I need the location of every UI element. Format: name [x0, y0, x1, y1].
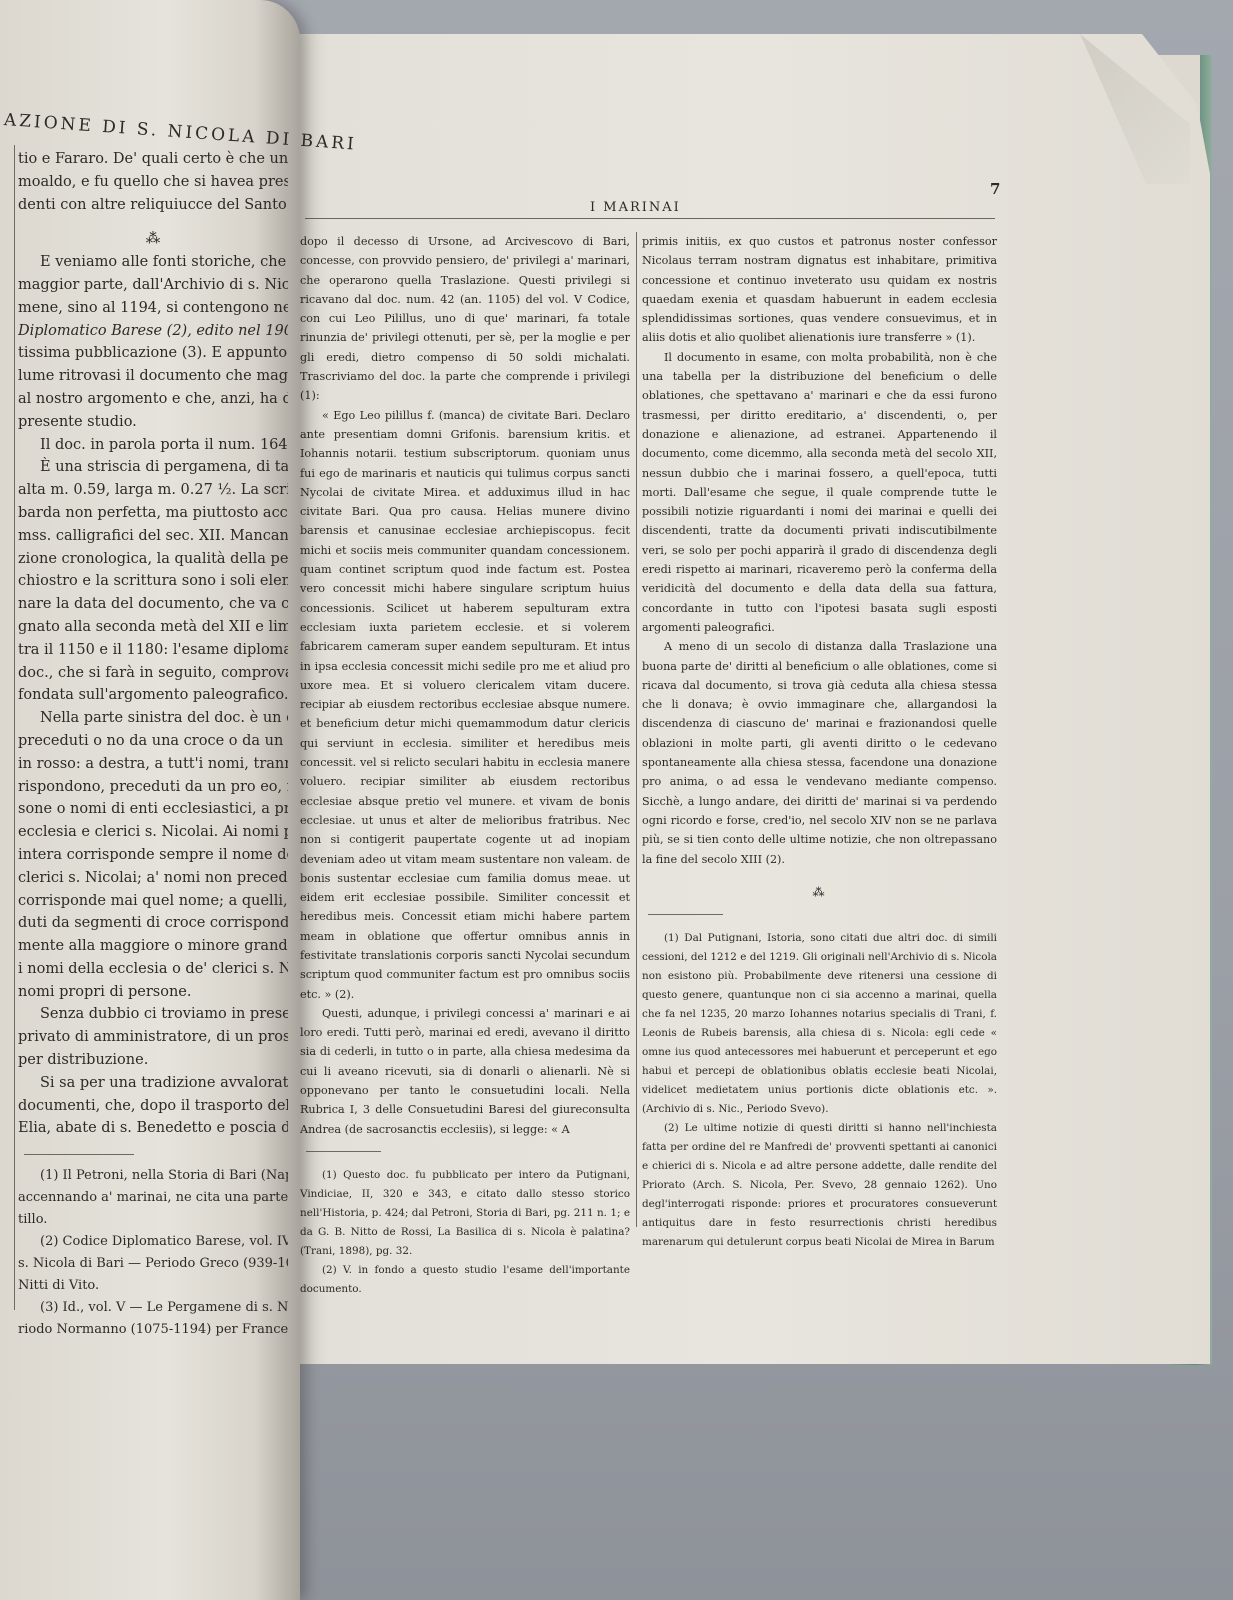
right-running-head: I MARINAI — [590, 200, 681, 215]
left-page-rule — [14, 145, 15, 1310]
paragraph: A meno di un secolo di distanza dalla Tr… — [642, 637, 997, 869]
text-line: alta m. 0.59, larga m. 0.27 ½. La scritt… — [18, 479, 288, 502]
text-line: maggior parte, dall'Archivio di s. Nicol… — [18, 274, 288, 297]
text-line: tio e Fararo. De' quali certo è che uno — [18, 148, 288, 171]
footnote-line: Nitti di Vito. — [18, 1275, 288, 1297]
footnotes: (1) Questo doc. fu pubblicato per intero… — [300, 1151, 630, 1299]
text-line: clerici s. Nicolai; a' nomi non precedut… — [18, 867, 288, 890]
asterism: ⁂ — [642, 883, 997, 902]
footnote-rule — [24, 1154, 134, 1155]
text-line: mss. calligrafici del sec. XII. Mancando… — [18, 525, 288, 548]
column-divider — [636, 232, 637, 1227]
text-line: denti con altre reliquiucce del Santo et… — [18, 194, 288, 217]
text-line: Il doc. in parola porta il num. 164, a — [18, 434, 288, 457]
text-line: zione cronologica, la qualità della perg… — [18, 548, 288, 571]
text-line: Nella parte sinistra del doc. è un elenc… — [18, 707, 288, 730]
left-page-column: tio e Fararo. De' quali certo è che uno … — [18, 148, 288, 1341]
footnote-line: tillo. — [18, 1209, 288, 1231]
text-line: rispondono, preceduti da un pro eo, nomi… — [18, 776, 288, 799]
asterism: ⁂ — [18, 228, 288, 251]
text-line: moaldo, e fu quello che si havea preso — [18, 171, 288, 194]
text-line: gnato alla seconda metà del XII e limita… — [18, 616, 288, 639]
quoted-privilege: « Ego Leo pilillus f. (manca) de civitat… — [300, 406, 630, 1004]
right-page-column-b: primis initiis, ex quo custos et patronu… — [642, 232, 997, 1252]
text-line: Diplomatico Barese (2), edito nel 1900, … — [18, 320, 288, 343]
text-line: i nomi della ecclesia o de' clerici s. N… — [18, 958, 288, 981]
text-line: fondata sull'argomento paleografico. — [18, 684, 288, 707]
text-line: al nostro argomento e che, anzi, ha dato — [18, 388, 288, 411]
footnote-rule — [306, 1151, 381, 1152]
page-number: 7 — [990, 180, 1000, 198]
text-line: presente studio. — [18, 411, 288, 434]
right-page-column-a: dopo il decesso di Ursone, ad Arcivescov… — [300, 232, 630, 1299]
text-line: lume ritrovasi il documento che maggiorm — [18, 365, 288, 388]
footnote: (2) Le ultime notizie di questi diritti … — [642, 1119, 997, 1252]
text-line: tra il 1150 e il 1180: l'esame diplomati… — [18, 639, 288, 662]
footnote-rule — [648, 914, 723, 915]
text-line: ecclesia e clerici s. Nicolai. Ai nomi p… — [18, 821, 288, 844]
footnotes: (1) Dal Putignani, Istoria, sono citati … — [642, 914, 997, 1252]
left-footnotes: (1) Il Petroni, nella Storia di Bari (Na… — [18, 1165, 288, 1341]
text-line: nare la data del documento, che va cert — [18, 593, 288, 616]
footnote-line: (2) Codice Diplomatico Barese, vol. IV —… — [18, 1231, 288, 1253]
footnote-line: riodo Normanno (1075-1194) per Francesco… — [18, 1319, 288, 1341]
footnote-line: accennando a' marinai, ne cita una parte… — [18, 1187, 288, 1209]
text-line: in rosso: a destra, a tutt'i nomi, trann… — [18, 753, 288, 776]
text-line: E veniamo alle fonti storiche, che — [18, 251, 288, 274]
quoted-text: primis initiis, ex quo custos et patronu… — [642, 232, 997, 348]
text-line: doc., che si farà in seguito, comprova q… — [18, 662, 288, 685]
text-line: È una striscia di pergamena, di taglio — [18, 456, 288, 479]
text-line: documenti, che, dopo il trasporto delle … — [18, 1095, 288, 1118]
paragraph: dopo il decesso di Ursone, ad Arcivescov… — [300, 232, 630, 406]
footnote: (1) Questo doc. fu pubblicato per intero… — [300, 1166, 630, 1261]
footnote: (1) Dal Putignani, Istoria, sono citati … — [642, 929, 997, 1119]
footnote-line: (3) Id., vol. V — Le Pergamene di s. Nic… — [18, 1297, 288, 1319]
left-page[interactable]: AZIONE DI S. NICOLA DI BARI tio e Fararo… — [0, 0, 300, 1600]
text-line: mente alla maggiore o minore grandezza d — [18, 935, 288, 958]
paragraph: Il documento in esame, con molta probabi… — [642, 348, 997, 637]
text-line: corrisponde mai quel nome; a quelli, fin… — [18, 890, 288, 913]
paragraph: Questi, adunque, i privilegi concessi a'… — [300, 1004, 630, 1139]
text-line: chiostro e la scrittura sono i soli elem… — [18, 570, 288, 593]
text-line: duti da segmenti di croce corrispondono,… — [18, 912, 288, 935]
text-line: barda non perfetta, ma piuttosto accurat… — [18, 502, 288, 525]
text-line: privato di amministratore, di un prospet… — [18, 1026, 288, 1049]
text-line: Senza dubbio ci troviamo in presenza d — [18, 1003, 288, 1026]
spacer — [18, 216, 288, 228]
text-line: tissima pubblicazione (3). E appunto in … — [18, 342, 288, 365]
text-line: per distribuzione. — [18, 1049, 288, 1072]
footnote-line: s. Nicola di Bari — Periodo Greco (939-1… — [18, 1253, 288, 1275]
text-line: preceduti o no da una croce o da un segn… — [18, 730, 288, 753]
text-line: nomi propri di persone. — [18, 981, 288, 1004]
text-line: sone o nomi di enti ecclesiastici, a pre… — [18, 798, 288, 821]
text-line: mene, sino al 1194, si contengono nel vo… — [18, 297, 288, 320]
text-line: intera corrisponde sempre il nome della … — [18, 844, 288, 867]
footnote-line: (1) Il Petroni, nella Storia di Bari (Na… — [18, 1165, 288, 1187]
text-line: Si sa per una tradizione avvalorata da — [18, 1072, 288, 1095]
footnote: (2) V. in fondo a questo studio l'esame … — [300, 1261, 630, 1299]
text-line: Elia, abate di s. Benedetto e poscia di … — [18, 1117, 288, 1140]
header-rule — [305, 218, 995, 219]
